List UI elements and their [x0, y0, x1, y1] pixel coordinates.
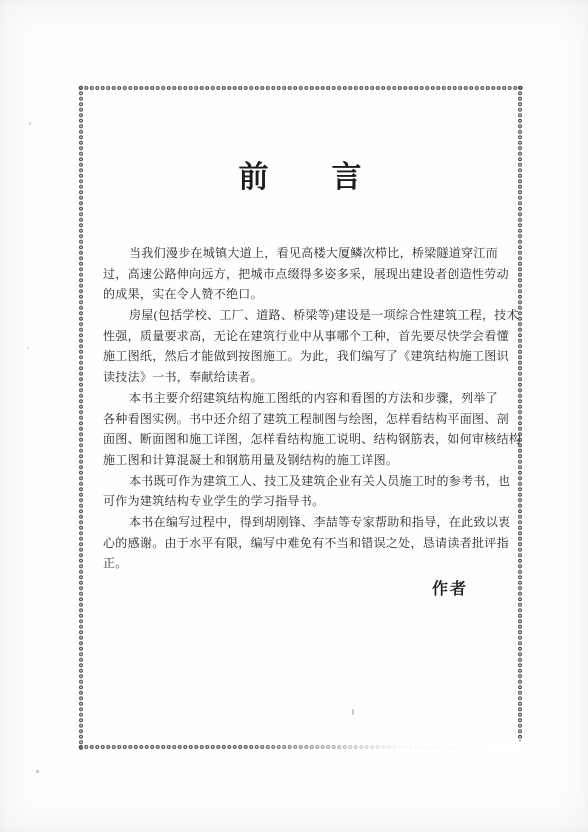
preface-line: 当我们漫步在城镇大道上，看见高楼大厦鳞次栉比，桥梁隧道穿江而 — [103, 243, 515, 264]
scan-speck — [27, 347, 29, 349]
preface-line: 施工图纸，然后才能做到按图施工。为此，我们编写了《建筑结构施工图识 — [103, 346, 515, 367]
preface-line: 的成果，实在令人赞不绝口。 — [103, 284, 515, 305]
preface-line: 面图、断面图和施工详图，怎样看结构施工说明、结构钢筋表，如何审核结构 — [103, 429, 515, 450]
preface-line: 可作为建筑结构专业学生的学习指导书。 — [103, 491, 515, 512]
preface-line: 各种看图实例。书中还介绍了建筑工程制图与绘图，怎样看结构平面图、剖 — [103, 409, 515, 430]
decorative-border-bottom — [78, 744, 523, 750]
preface-line: 房屋(包括学校、工厂、道路、桥梁等)建设是一项综合性建筑工程，技术 — [103, 305, 515, 326]
author-signature: 作者 — [78, 576, 468, 599]
scan-speck — [29, 122, 31, 125]
preface-line: 本书在编写过程中，得到胡刚锋、李喆等专家帮助和指导，在此致以衷 — [103, 512, 515, 533]
preface-line: 本书既可作为建筑工人、技工及建筑企业有关人员施工时的参考书，也 — [103, 471, 515, 492]
preface-line: 心的感谢。由于水平有限，编写中难免有不当和错误之处，恳请读者批评指 — [103, 533, 515, 554]
preface-line: 性强，质量要求高，无论在建筑行业中从事哪个工种，首先要尽快学会看懂 — [103, 326, 515, 347]
preface-line: 正。 — [103, 553, 515, 574]
scanned-book-page: 前 言 当我们漫步在城镇大道上，看见高楼大厦鳞次栉比，桥梁隧道穿江而过，高速公路… — [0, 0, 588, 832]
preface-line: 读技法》一书，奉献给读者。 — [103, 367, 515, 388]
preface-line: 本书主要介绍建筑结构施工图纸的内容和看图的方法和步骤，列举了 — [103, 388, 515, 409]
scan-speck — [36, 770, 39, 773]
preface-title: 前 言 — [78, 152, 523, 196]
scan-speck — [352, 709, 354, 715]
preface-line: 施工图和计算混凝土和钢筋用量及钢结构的施工详图。 — [103, 450, 515, 471]
preface-paragraphs: 当我们漫步在城镇大道上，看见高楼大厦鳞次栉比，桥梁隧道穿江而过，高速公路伸向远方… — [103, 243, 515, 574]
decorative-border-top — [78, 85, 523, 91]
preface-line: 过，高速公路伸向远方，把城市点缀得多姿多采，展现出建设者创造性劳动 — [103, 264, 515, 285]
